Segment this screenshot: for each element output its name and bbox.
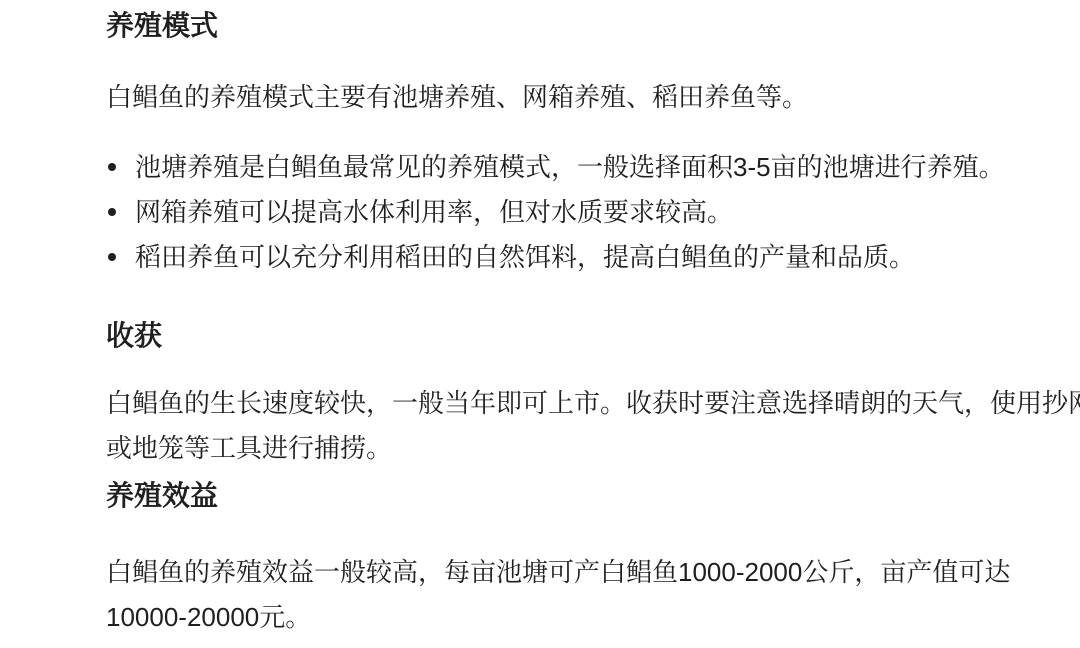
- list-item: 网箱养殖可以提高水体利用率，但对水质要求较高。: [106, 190, 1080, 235]
- paragraph-harvest: 白鲳鱼的生长速度较快，一般当年即可上市。收获时要注意选择晴朗的天气，使用抄网 或…: [106, 381, 1080, 471]
- section-heading-harvest: 收获: [106, 318, 1080, 354]
- paragraph-line: 白鲳鱼的生长速度较快，一般当年即可上市。收获时要注意选择晴朗的天气，使用抄网: [106, 381, 1080, 426]
- list-item: 稻田养鱼可以充分利用稻田的自然饵料，提高白鲳鱼的产量和品质。: [106, 235, 1080, 280]
- bullet-icon: [108, 163, 116, 171]
- section-heading-benefit: 养殖效益: [106, 478, 1080, 514]
- bullet-icon: [108, 253, 116, 261]
- section-heading-farming-mode: 养殖模式: [106, 8, 1080, 44]
- paragraph-line: 10000-20000元。: [106, 595, 1080, 640]
- paragraph-farming-mode-intro: 白鲳鱼的养殖模式主要有池塘养殖、网箱养殖、稻田养鱼等。: [106, 79, 1080, 115]
- bullet-icon: [108, 208, 116, 216]
- paragraph-line: 白鲳鱼的养殖效益一般较高，每亩池塘可产白鲳鱼1000-2000公斤，亩产值可达: [106, 550, 1080, 595]
- list-item-text: 稻田养鱼可以充分利用稻田的自然饵料，提高白鲳鱼的产量和品质。: [135, 242, 915, 272]
- paragraph-benefit: 白鲳鱼的养殖效益一般较高，每亩池塘可产白鲳鱼1000-2000公斤，亩产值可达 …: [106, 550, 1080, 640]
- document-body: 养殖模式 白鲳鱼的养殖模式主要有池塘养殖、网箱养殖、稻田养鱼等。 池塘养殖是白鲳…: [0, 0, 1080, 640]
- list-item-text: 网箱养殖可以提高水体利用率，但对水质要求较高。: [135, 197, 733, 227]
- farming-mode-list: 池塘养殖是白鲳鱼最常见的养殖模式，一般选择面积3-5亩的池塘进行养殖。 网箱养殖…: [106, 145, 1080, 280]
- list-item: 池塘养殖是白鲳鱼最常见的养殖模式，一般选择面积3-5亩的池塘进行养殖。: [106, 145, 1080, 190]
- list-item-text: 池塘养殖是白鲳鱼最常见的养殖模式，一般选择面积3-5亩的池塘进行养殖。: [135, 152, 1005, 182]
- paragraph-line: 或地笼等工具进行捕捞。: [106, 426, 1080, 471]
